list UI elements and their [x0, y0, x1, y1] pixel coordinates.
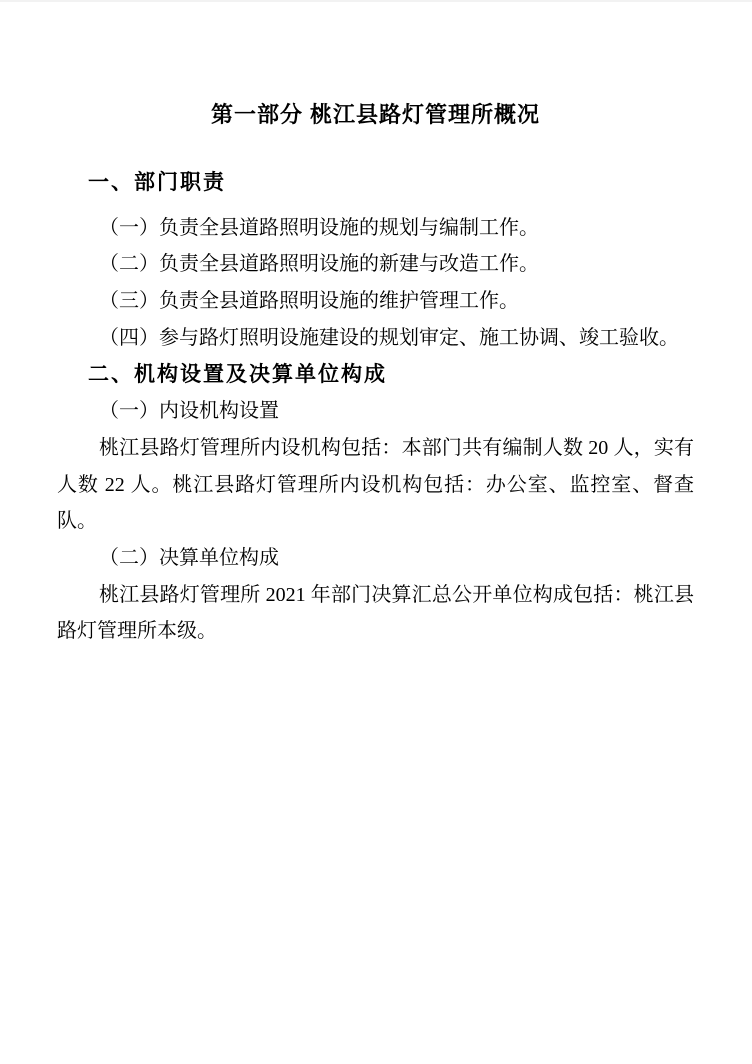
document-page: 第一部分 桃江县路灯管理所概况 一、部门职责 （一）负责全县道路照明设施的规划与… [0, 0, 752, 1064]
duty-item-3: （三）负责全县道路照明设施的维护管理工作。 [57, 283, 694, 320]
section-heading-department-duties: 一、部门职责 [88, 165, 694, 202]
duty-item-1: （一）负责全县道路照明设施的规划与编制工作。 [57, 210, 694, 247]
paragraph-internal-organs: 桃江县路灯管理所内设机构包括：本部门共有编制人数 20 人，实有人数 22 人。… [57, 430, 694, 540]
duty-item-4: （四）参与路灯照明设施建设的规划审定、施工协调、竣工验收。 [57, 320, 694, 357]
subsection-heading-final-accounts-units: （二）决算单位构成 [57, 540, 694, 577]
document-title: 第一部分 桃江县路灯管理所概况 [57, 98, 694, 132]
subsection-heading-internal-organs: （一）内设机构设置 [57, 393, 694, 430]
duty-item-2: （二）负责全县道路照明设施的新建与改造工作。 [57, 246, 694, 283]
section-heading-organization-setup: 二、机构设置及决算单位构成 [88, 357, 694, 394]
paragraph-final-accounts-units: 桃江县路灯管理所 2021 年部门决算汇总公开单位构成包括：桃江县路灯管理所本级… [57, 577, 694, 650]
